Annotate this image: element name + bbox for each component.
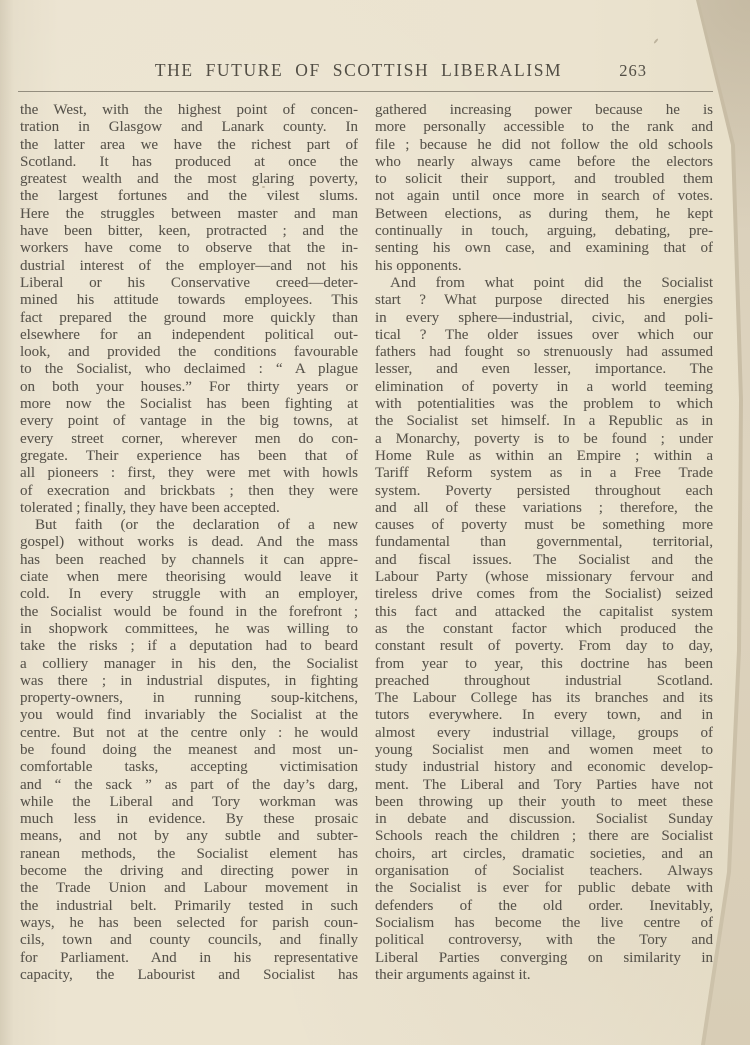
page-number: 263: [619, 61, 647, 81]
paper-speck: [262, 186, 265, 188]
text-line: has been reached by channels it can appr…: [20, 552, 358, 569]
text-line: Liberal or his Conservative creed—deter-: [20, 275, 358, 292]
text-line: gospel) without works is dead. And the m…: [20, 534, 358, 551]
text-line: system. Poverty persisted throughout eac…: [375, 483, 713, 500]
text-line: elsewhere for an independent political o…: [20, 327, 358, 344]
text-line: a Monarchy, poverty is to be found ; und…: [375, 431, 713, 448]
text-line: defenders of the old order. Inevitably,: [375, 898, 713, 915]
text-line: workers have come to observe that the in…: [20, 240, 358, 257]
text-line: ment. The Liberal and Tory Parties have …: [375, 777, 713, 794]
text-line: But faith (or the declaration of a new: [20, 517, 358, 534]
text-line: as the constant factor which produced th…: [375, 621, 713, 638]
text-line: Labour Party (whose missionary fervour a…: [375, 569, 713, 586]
text-line: and fiscal issues. The Socialist and the: [375, 552, 713, 569]
text-line: you would find invariably the Socialist …: [20, 707, 358, 724]
text-line: tireless drive comes from the Socialist)…: [375, 586, 713, 603]
page-title: THE FUTURE OF SCOTTISH LIBERALISM: [136, 60, 581, 81]
running-head: THE FUTURE OF SCOTTISH LIBERALISM 263: [18, 60, 713, 86]
text-line: with potentialities was the problem to w…: [375, 396, 713, 413]
text-line: the Trade Union and Labour movement in: [20, 880, 358, 897]
text-line: in every sphere—industrial, civic, and p…: [375, 310, 713, 327]
text-line: file ; because he did not follow the old…: [375, 137, 713, 154]
text-line: senting his own case, and examining that…: [375, 240, 713, 257]
book-page: THE FUTURE OF SCOTTISH LIBERALISM 263 th…: [0, 0, 750, 1045]
text-line: property-owners, in running soup-kitchen…: [20, 690, 358, 707]
text-line: all pioneers : first, they were met with…: [20, 465, 358, 482]
left-column: the West, with the highest point of conc…: [20, 102, 358, 984]
text-line: become the driving and directing power i…: [20, 863, 358, 880]
text-line: Liberal Parties converging on similarity…: [375, 950, 713, 967]
text-line: more personally accessible to the rank a…: [375, 119, 713, 136]
text-line: ranean methods, the Socialist element ha…: [20, 846, 358, 863]
text-line: constant result of poverty. From day to …: [375, 638, 713, 655]
text-line: dustrial interest of the employer—and no…: [20, 258, 358, 275]
text-line: to the Socialist, who declaimed : “ A pl…: [20, 361, 358, 378]
text-line: mined his attitude towards employees. Th…: [20, 292, 358, 309]
right-column: gathered increasing power because he ism…: [375, 102, 713, 984]
text-line: cils, town and county councils, and fina…: [20, 932, 358, 949]
text-line: more now the Socialist has been fighting…: [20, 396, 358, 413]
text-line: Schools reach the children ; there are S…: [375, 828, 713, 845]
paper-speck: [653, 38, 658, 44]
text-line: the Socialist is ever for public debate …: [375, 880, 713, 897]
text-line: and “ the sack ” as part of the day’s da…: [20, 777, 358, 794]
text-line: been throwing up their youth to meet the…: [375, 794, 713, 811]
text-line: political controversy, with the Tory and: [375, 932, 713, 949]
text-line: fact prepared the ground more quickly th…: [20, 310, 358, 327]
scanned-book-page: { "page": { "running_head": "THE FUTURE …: [0, 0, 750, 1045]
text-line: the Socialist would be found in the fore…: [20, 604, 358, 621]
text-line: of execration and brickbats ; then they …: [20, 483, 358, 500]
text-line: on both your houses.” For thirty years o…: [20, 379, 358, 396]
text-line: and all of these variations ; therefore,…: [375, 500, 713, 517]
text-line: Here the struggles between master and ma…: [20, 206, 358, 223]
text-line: Scotland. It has produced at once the: [20, 154, 358, 171]
text-line: Home Rule as within an Empire ; within a: [375, 448, 713, 465]
text-line: not again until once more in search of v…: [375, 188, 713, 205]
text-line: means, and not by any subtle and subter-: [20, 828, 358, 845]
text-line: was there ; in industrial disputes, in f…: [20, 673, 358, 690]
text-line: ways, he has been selected for parish co…: [20, 915, 358, 932]
text-line: their arguments against it.: [375, 967, 713, 984]
text-line: the West, with the highest point of conc…: [20, 102, 358, 119]
text-line: The Labour College has its branches and …: [375, 690, 713, 707]
text-line: capacity, the Labourist and Socialist ha…: [20, 967, 358, 984]
text-line: lesser, and even lesser, importance. The: [375, 361, 713, 378]
text-line: the latter area we have the richest part…: [20, 137, 358, 154]
text-line: from year to year, this doctrine has bee…: [375, 656, 713, 673]
text-line: the industrial belt. Primarily tested in…: [20, 898, 358, 915]
text-line: comfortable tasks, accepting victimisati…: [20, 759, 358, 776]
text-line: preached throughout industrial Scotland.: [375, 673, 713, 690]
text-line: greatest wealth and the most glaring pov…: [20, 171, 358, 188]
text-line: in debate and discussion. Socialist Sund…: [375, 811, 713, 828]
text-line: continually in touch, arguing, debating,…: [375, 223, 713, 240]
text-line: start ? What purpose directed his energi…: [375, 292, 713, 309]
text-line: a colliery manager in his den, the Socia…: [20, 656, 358, 673]
header-rule: [18, 91, 713, 92]
text-line: who nearly always came before the electo…: [375, 154, 713, 171]
text-line: gathered increasing power because he is: [375, 102, 713, 119]
text-line: fathers had fought so strenuously had as…: [375, 344, 713, 361]
text-line: causes of poverty must be something more: [375, 517, 713, 534]
text-line: Tariff Reform system as in a Free Trade: [375, 465, 713, 482]
text-line: his opponents.: [375, 258, 713, 275]
text-line: young Socialist men and women meet to: [375, 742, 713, 759]
text-line: be found doing the meanest and most un-: [20, 742, 358, 759]
text-line: study industrial history and economic de…: [375, 759, 713, 776]
text-line: to solicit their support, and troubled t…: [375, 171, 713, 188]
text-line: Between elections, as during them, he ke…: [375, 206, 713, 223]
text-line: look, and provided the conditions favour…: [20, 344, 358, 361]
text-line: for Parliament. And in his representativ…: [20, 950, 358, 967]
text-line: have been bitter, keen, protracted ; and…: [20, 223, 358, 240]
text-line: tration in Glasgow and Lanark county. In: [20, 119, 358, 136]
text-line: every point of vantage in the big towns,…: [20, 413, 358, 430]
text-line: gregate. Their experience has been that …: [20, 448, 358, 465]
text-line: tolerated ; finally, they have been acce…: [20, 500, 358, 517]
text-line: choirs, art circles, dramatic societies,…: [375, 846, 713, 863]
text-line: much less in evidence. By these prosaic: [20, 811, 358, 828]
text-line: fundamental than governmental, territori…: [375, 534, 713, 551]
text-line: organisation of Socialist teachers. Alwa…: [375, 863, 713, 880]
text-line: tutors everywhere. In every town, and in: [375, 707, 713, 724]
text-line: elimination of poverty in a world teemin…: [375, 379, 713, 396]
text-line: the Socialist set himself. In a Republic…: [375, 413, 713, 430]
text-line: And from what point did the Socialist: [375, 275, 713, 292]
text-line: tical ? The older issues over which our: [375, 327, 713, 344]
text-line: centre. But not at the centre only : he …: [20, 725, 358, 742]
text-line: cold. In every struggle with an employer…: [20, 586, 358, 603]
text-line: this fact and attacked the capitalist sy…: [375, 604, 713, 621]
text-line: while the Liberal and Tory workman was: [20, 794, 358, 811]
text-line: almost every industrial village, groups …: [375, 725, 713, 742]
text-line: every street corner, wherever men do con…: [20, 431, 358, 448]
text-line: take the risks ; if a deputation had to …: [20, 638, 358, 655]
text-line: the largest fortunes and the vilest slum…: [20, 188, 358, 205]
text-line: ciate when mere theorising would leave i…: [20, 569, 358, 586]
text-columns: the West, with the highest point of conc…: [20, 102, 713, 984]
text-line: Socialism has become the live centre of: [375, 915, 713, 932]
text-line: in shopwork committees, he was willing t…: [20, 621, 358, 638]
